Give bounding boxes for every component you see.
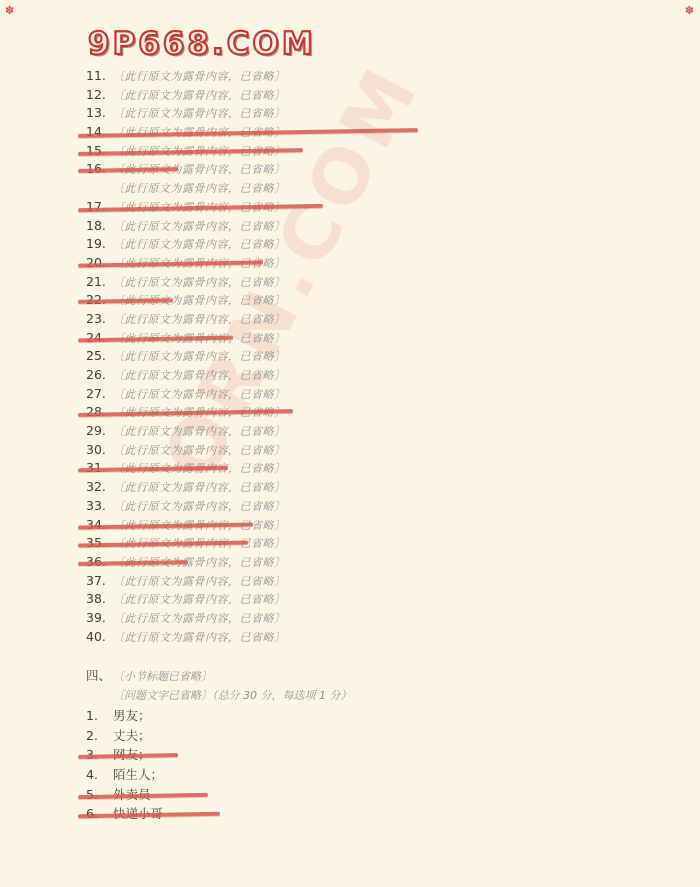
list-item: 16.〔此行原文为露骨内容，已省略〕: [0, 160, 700, 179]
question-text-redacted: 〔问题文字已省略〕（总分 30 分，每选项 1 分）: [113, 689, 351, 702]
item-text-redacted: 〔此行原文为露骨内容，已省略〕: [113, 107, 286, 120]
site-watermark: 9P668.COM: [88, 26, 316, 62]
item-number: 30.: [86, 441, 113, 460]
item-text-redacted: 〔此行原文为露骨内容，已省略〕: [113, 575, 286, 588]
list-item: 14.〔此行原文为露骨内容，已省略〕: [0, 123, 700, 142]
item-number: 38.: [86, 590, 113, 609]
corner-flower-icon: ✽: [5, 4, 14, 17]
list-item: 35.〔此行原文为露骨内容，已省略〕: [0, 534, 700, 553]
section-four: 四、〔小节标题已省略〕 〔问题文字已省略〕（总分 30 分，每选项 1 分）: [86, 666, 351, 704]
list-item: 2.丈夫；: [0, 726, 700, 746]
list-item: 4.陌生人；: [0, 765, 700, 785]
item-number: 14.: [86, 123, 113, 142]
list-item: 12.〔此行原文为露骨内容，已省略〕: [0, 86, 700, 105]
list-item: 39.〔此行原文为露骨内容，已省略〕: [0, 609, 700, 628]
item-text-redacted: 〔此行原文为露骨内容，已省略〕: [113, 89, 286, 102]
item-text-redacted: 〔此行原文为露骨内容，已省略〕: [113, 500, 286, 513]
list-item: 18.〔此行原文为露骨内容，已省略〕: [0, 217, 700, 236]
list-item: 26.〔此行原文为露骨内容，已省略〕: [0, 366, 700, 385]
item-text-redacted: 〔此行原文为露骨内容，已省略〕: [113, 182, 286, 195]
list-item: 3.网友；: [0, 745, 700, 765]
item-text-redacted: 〔此行原文为露骨内容，已省略〕: [113, 481, 286, 494]
item-text-redacted: 〔此行原文为露骨内容，已省略〕: [113, 425, 286, 438]
item-text-redacted: 〔此行原文为露骨内容，已省略〕: [113, 388, 286, 401]
list-item: 21.〔此行原文为露骨内容，已省略〕: [0, 273, 700, 292]
item-text-redacted: 〔此行原文为露骨内容，已省略〕: [113, 238, 286, 251]
list-item: 40.〔此行原文为露骨内容，已省略〕: [0, 628, 700, 647]
item-text: 男友；: [113, 708, 151, 723]
list-item: 33.〔此行原文为露骨内容，已省略〕: [0, 497, 700, 516]
item-number: 40.: [86, 628, 113, 647]
list-item: 31.〔此行原文为露骨内容，已省略〕: [0, 459, 700, 478]
list-item: 28.〔此行原文为露骨内容，已省略〕: [0, 403, 700, 422]
item-number: 12.: [86, 86, 113, 105]
list-item: 19.〔此行原文为露骨内容，已省略〕: [0, 235, 700, 254]
list-item: 13.〔此行原文为露骨内容，已省略〕: [0, 104, 700, 123]
item-number: 21.: [86, 273, 113, 292]
item-text-redacted: 〔此行原文为露骨内容，已省略〕: [113, 631, 286, 644]
item-number: 26.: [86, 366, 113, 385]
item-number: 33.: [86, 497, 113, 516]
section-title-redacted: 〔小节标题已省略〕: [113, 670, 212, 683]
list-item: 23.〔此行原文为露骨内容，已省略〕: [0, 310, 700, 329]
list-item: 22.〔此行原文为露骨内容，已省略〕: [0, 291, 700, 310]
list-item: 20.〔此行原文为露骨内容，已省略〕: [0, 254, 700, 273]
item-text: 丈夫；: [113, 728, 151, 743]
item-text-redacted: 〔此行原文为露骨内容，已省略〕: [113, 313, 286, 326]
list-item: 1.男友；: [0, 706, 700, 726]
item-number: 11.: [86, 67, 113, 86]
item-number: 1.: [86, 706, 113, 726]
list-item: 6.快递小哥: [0, 804, 700, 824]
list-item: 27.〔此行原文为露骨内容，已省略〕: [0, 385, 700, 404]
list-item: 24.〔此行原文为露骨内容，已省略〕: [0, 329, 700, 348]
item-number: 39.: [86, 609, 113, 628]
list-item: 29.〔此行原文为露骨内容，已省略〕: [0, 422, 700, 441]
item-number: 32.: [86, 478, 113, 497]
list-item: 17.〔此行原文为露骨内容，已省略〕: [0, 198, 700, 217]
item-text-redacted: 〔此行原文为露骨内容，已省略〕: [113, 369, 286, 382]
list-item: 36.〔此行原文为露骨内容，已省略〕: [0, 553, 700, 572]
list-item: 32.〔此行原文为露骨内容，已省略〕: [0, 478, 700, 497]
list-item: 37.〔此行原文为露骨内容，已省略〕: [0, 572, 700, 591]
section-number: 四、: [86, 666, 113, 685]
item-text-redacted: 〔此行原文为露骨内容，已省略〕: [113, 444, 286, 457]
item-number: 2.: [86, 726, 113, 746]
item-number: 13.: [86, 104, 113, 123]
item-text: 陌生人；: [113, 767, 163, 782]
item-text-redacted: 〔此行原文为露骨内容，已省略〕: [113, 612, 286, 625]
corner-flower-icon: ✽: [685, 4, 694, 17]
answer-option-list: 1.男友；2.丈夫；3.网友；4.陌生人；5.外卖员6.快递小哥: [0, 706, 700, 824]
item-text-redacted: 〔此行原文为露骨内容，已省略〕: [113, 70, 286, 83]
item-number: 23.: [86, 310, 113, 329]
item-number: 29.: [86, 422, 113, 441]
list-item: 34.〔此行原文为露骨内容，已省略〕: [0, 516, 700, 535]
item-number: 25.: [86, 347, 113, 366]
numbered-list: 11.〔此行原文为露骨内容，已省略〕12.〔此行原文为露骨内容，已省略〕13.〔…: [0, 67, 700, 646]
section-question: 〔问题文字已省略〕（总分 30 分，每选项 1 分）: [86, 685, 351, 704]
item-number: 18.: [86, 217, 113, 236]
item-number: 27.: [86, 385, 113, 404]
item-number: 19.: [86, 235, 113, 254]
item-number: 37.: [86, 572, 113, 591]
section-heading: 四、〔小节标题已省略〕: [86, 666, 351, 685]
list-item: 30.〔此行原文为露骨内容，已省略〕: [0, 441, 700, 460]
list-item-continuation: 〔此行原文为露骨内容，已省略〕: [0, 179, 700, 198]
list-item: 15.〔此行原文为露骨内容，已省略〕: [0, 142, 700, 161]
list-item: 5.外卖员: [0, 785, 700, 805]
item-text-redacted: 〔此行原文为露骨内容，已省略〕: [113, 220, 286, 233]
item-text-redacted: 〔此行原文为露骨内容，已省略〕: [113, 276, 286, 289]
list-item: 11.〔此行原文为露骨内容，已省略〕: [0, 67, 700, 86]
item-number: 4.: [86, 765, 113, 785]
item-text-redacted: 〔此行原文为露骨内容，已省略〕: [113, 593, 286, 606]
list-item: 25.〔此行原文为露骨内容，已省略〕: [0, 347, 700, 366]
list-item: 38.〔此行原文为露骨内容，已省略〕: [0, 590, 700, 609]
item-text-redacted: 〔此行原文为露骨内容，已省略〕: [113, 350, 286, 363]
document-page: ✽ ✽ 9P668.COM ORN.COM 11.〔此行原文为露骨内容，已省略〕…: [0, 0, 700, 887]
